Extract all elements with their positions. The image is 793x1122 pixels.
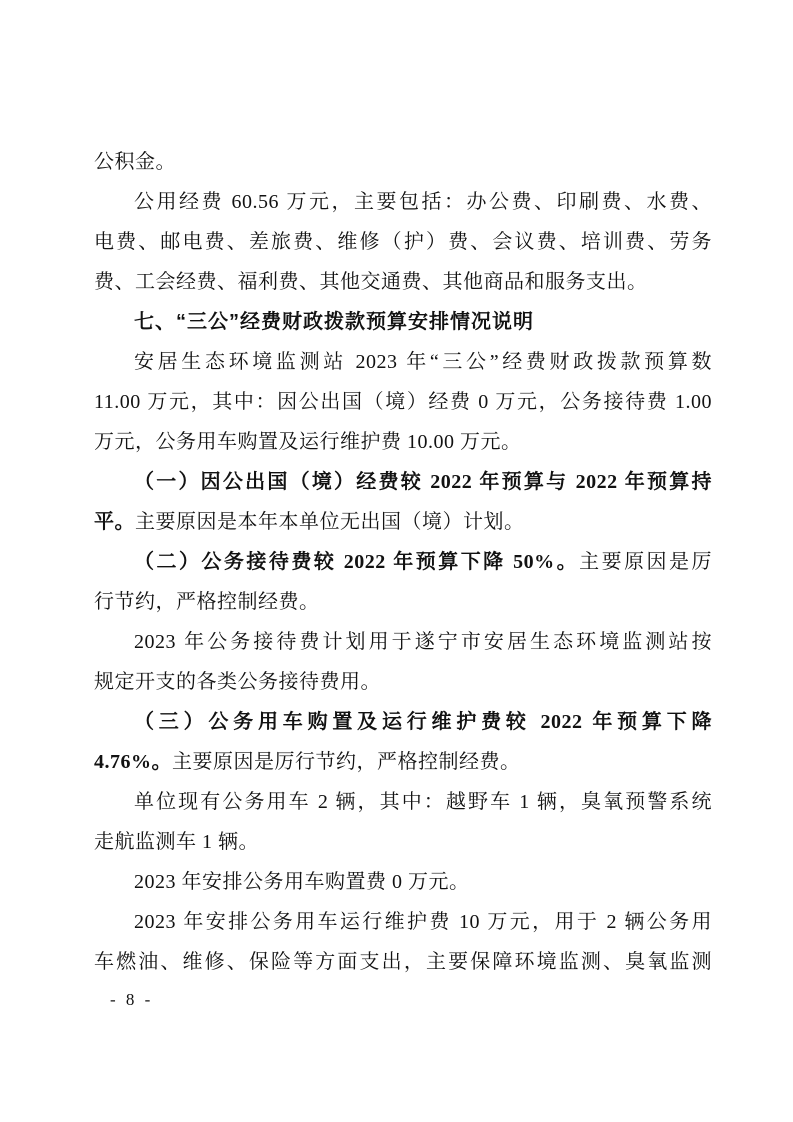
text-segment: 公用经费 60.56 万元，主要包括：办公费、印刷费、水费、 bbox=[134, 191, 712, 213]
para-three-public-budget-total-line-3: 万元，公务用车购置及运行维护费 10.00 万元。 bbox=[94, 422, 712, 462]
para-reception-plan-line-2: 规定开支的各类公务接待费用。 bbox=[94, 662, 712, 702]
text-segment: 主要原因是厉 bbox=[579, 551, 712, 573]
text-segment: 2023 年安排公务用车运行维护费 10 万元，用于 2 辆公务用 bbox=[134, 911, 712, 933]
bold-text-segment: （三）公务用车购置及运行维护费较 2022 年预算下降 bbox=[134, 711, 712, 733]
para-three-public-budget-total-line-2: 11.00 万元，其中：因公出国（境）经费 0 万元，公务接待费 1.00 bbox=[94, 382, 712, 422]
bold-text-segment: 七、“三公”经费财政拨款预算安排情况说明 bbox=[134, 311, 534, 333]
para-vehicle-maintenance-line-1: 2023 年安排公务用车运行维护费 10 万元，用于 2 辆公务用 bbox=[94, 902, 712, 942]
text-segment: 安居生态环境监测站 2023 年“三公”经费财政拨款预算数 bbox=[134, 351, 712, 373]
text-segment: 电费、邮电费、差旅费、维修（护）费、会议费、培训费、劳务 bbox=[94, 231, 712, 253]
para-provident-fund-end-line-1: 公积金。 bbox=[94, 142, 712, 182]
para-three-public-budget-total-line-1: 安居生态环境监测站 2023 年“三公”经费财政拨款预算数 bbox=[94, 342, 712, 382]
para-item-one-abroad-expense-line-1: （一）因公出国（境）经费较 2022 年预算与 2022 年预算持 bbox=[94, 462, 712, 502]
text-segment: 行节约，严格控制经费。 bbox=[94, 591, 320, 613]
text-segment: 车燃油、维修、保险等方面支出，主要保障环境监测、臭氧监测 bbox=[94, 951, 712, 973]
para-vehicle-inventory-line-1: 单位现有公务用车 2 辆，其中：越野车 1 辆，臭氧预警系统 bbox=[94, 782, 712, 822]
para-vehicle-maintenance-line-2: 车燃油、维修、保险等方面支出，主要保障环境监测、臭氧监测 bbox=[94, 942, 712, 982]
text-segment: 走航监测车 1 辆。 bbox=[94, 831, 259, 853]
para-vehicle-purchase-line-1: 2023 年安排公务用车购置费 0 万元。 bbox=[94, 862, 712, 902]
page-number: - 8 - bbox=[110, 988, 153, 1012]
para-vehicle-inventory-line-2: 走航监测车 1 辆。 bbox=[94, 822, 712, 862]
para-item-one-abroad-expense-line-2: 平。主要原因是本年本单位无出国（境）计划。 bbox=[94, 502, 712, 542]
document-body: 公积金。公用经费 60.56 万元，主要包括：办公费、印刷费、水费、电费、邮电费… bbox=[94, 142, 712, 982]
para-item-two-reception-expense-line-2: 行节约，严格控制经费。 bbox=[94, 582, 712, 622]
para-reception-plan-line-1: 2023 年公务接待费计划用于遂宁市安居生态环境监测站按 bbox=[94, 622, 712, 662]
text-segment: 2023 年安排公务用车购置费 0 万元。 bbox=[134, 871, 470, 893]
text-segment: 费、工会经费、福利费、其他交通费、其他商品和服务支出。 bbox=[94, 271, 648, 293]
section-heading-line: 七、“三公”经费财政拨款预算安排情况说明 bbox=[94, 302, 712, 342]
document-page: 公积金。公用经费 60.56 万元，主要包括：办公费、印刷费、水费、电费、邮电费… bbox=[0, 0, 793, 1122]
text-segment: 单位现有公务用车 2 辆，其中：越野车 1 辆，臭氧预警系统 bbox=[134, 791, 712, 813]
text-segment: 11.00 万元，其中：因公出国（境）经费 0 万元，公务接待费 1.00 bbox=[94, 391, 712, 413]
bold-text-segment: （二）公务接待费较 2022 年预算下降 50%。 bbox=[134, 551, 579, 573]
text-segment: 规定开支的各类公务接待费用。 bbox=[94, 671, 381, 693]
para-item-three-vehicle-expense-line-2: 4.76%。主要原因是厉行节约，严格控制经费。 bbox=[94, 742, 712, 782]
para-public-expense-line-1: 公用经费 60.56 万元，主要包括：办公费、印刷费、水费、 bbox=[94, 182, 712, 222]
text-segment: 万元，公务用车购置及运行维护费 10.00 万元。 bbox=[94, 431, 522, 453]
para-public-expense-line-2: 电费、邮电费、差旅费、维修（护）费、会议费、培训费、劳务 bbox=[94, 222, 712, 262]
text-segment: 主要原因是厉行节约，严格控制经费。 bbox=[172, 751, 521, 773]
bold-text-segment: 平。 bbox=[94, 511, 135, 533]
para-public-expense-line-3: 费、工会经费、福利费、其他交通费、其他商品和服务支出。 bbox=[94, 262, 712, 302]
para-item-three-vehicle-expense-line-1: （三）公务用车购置及运行维护费较 2022 年预算下降 bbox=[94, 702, 712, 742]
bold-text-segment: （一）因公出国（境）经费较 2022 年预算与 2022 年预算持 bbox=[134, 471, 712, 493]
bold-text-segment: 4.76%。 bbox=[94, 751, 172, 773]
text-segment: 主要原因是本年本单位无出国（境）计划。 bbox=[135, 511, 525, 533]
text-segment: 2023 年公务接待费计划用于遂宁市安居生态环境监测站按 bbox=[134, 631, 712, 653]
para-item-two-reception-expense-line-1: （二）公务接待费较 2022 年预算下降 50%。主要原因是厉 bbox=[94, 542, 712, 582]
text-segment: 公积金。 bbox=[94, 151, 176, 173]
